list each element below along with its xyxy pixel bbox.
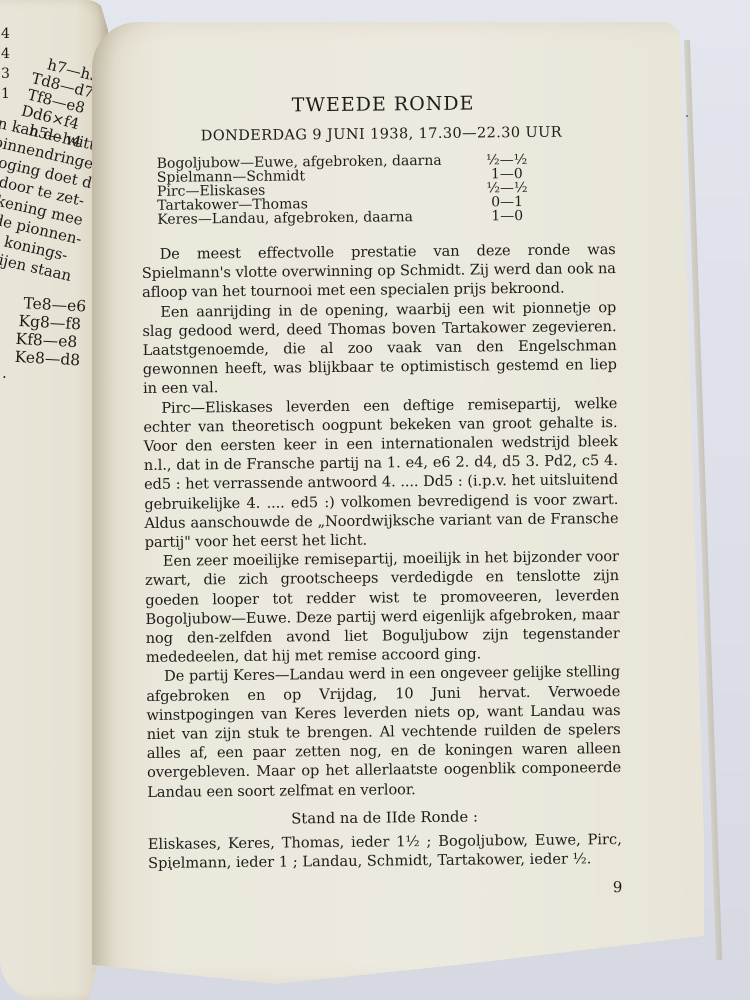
result-row: Keres—Landau, afgebroken, daarna 1—0 [157,209,537,227]
score: 1—0 [477,209,537,224]
margin-number: 3 [1,64,10,84]
paragraph: Een zeer moeilijke remisepartij, moeilij… [145,547,620,667]
left-page: 4 4 3 1 h7—h5 Td8—d7 Tf8—e8 Dd6×f4 h5—h4… [0,0,108,1000]
trailing-mark: . [2,365,7,382]
pairing: Keres—Landau, afgebroken, daarna [157,210,413,227]
paragraph: De meest effectvolle prestatie van deze … [142,240,617,303]
standings-title: Stand na de IIde Ronde : [147,807,621,829]
margin-number: 4 [1,24,10,44]
left-margin-numbers: 4 4 3 1 [1,24,10,104]
paragraph: De partij Keres—Landau werd in een ongev… [146,662,621,801]
chess-move: Ke8—d8 [14,348,84,370]
paper-speck [170,868,172,870]
page-subtitle: DONDERDAG 9 JUNI 1938, 17.30—22.30 UUR [140,124,614,145]
standings-text: Eliskases, Keres, Thomas, ieder 1½ ; Bog… [148,830,622,873]
background-speck [686,115,688,117]
margin-number: 1 [1,84,10,104]
results-table: Bogoljubow—Euwe, afgebroken, daarna ½—½ … [157,153,538,227]
page-title: TWEEDE RONDE [140,91,614,118]
paragraph: Pirc—Eliskases leverden een deftige remi… [143,394,619,553]
body-text: De meest effectvolle prestatie van deze … [142,240,622,802]
paragraph: Een aanrijding in de opening, waarbij ee… [142,298,617,399]
left-moves-bottom: Te8—e6 Kg8—f8 Kf8—e8 Ke8—d8 [14,294,86,369]
margin-number: 4 [1,44,10,64]
page-content: TWEEDE RONDE DONDERDAG 9 JUNI 1938, 17.3… [140,91,622,901]
